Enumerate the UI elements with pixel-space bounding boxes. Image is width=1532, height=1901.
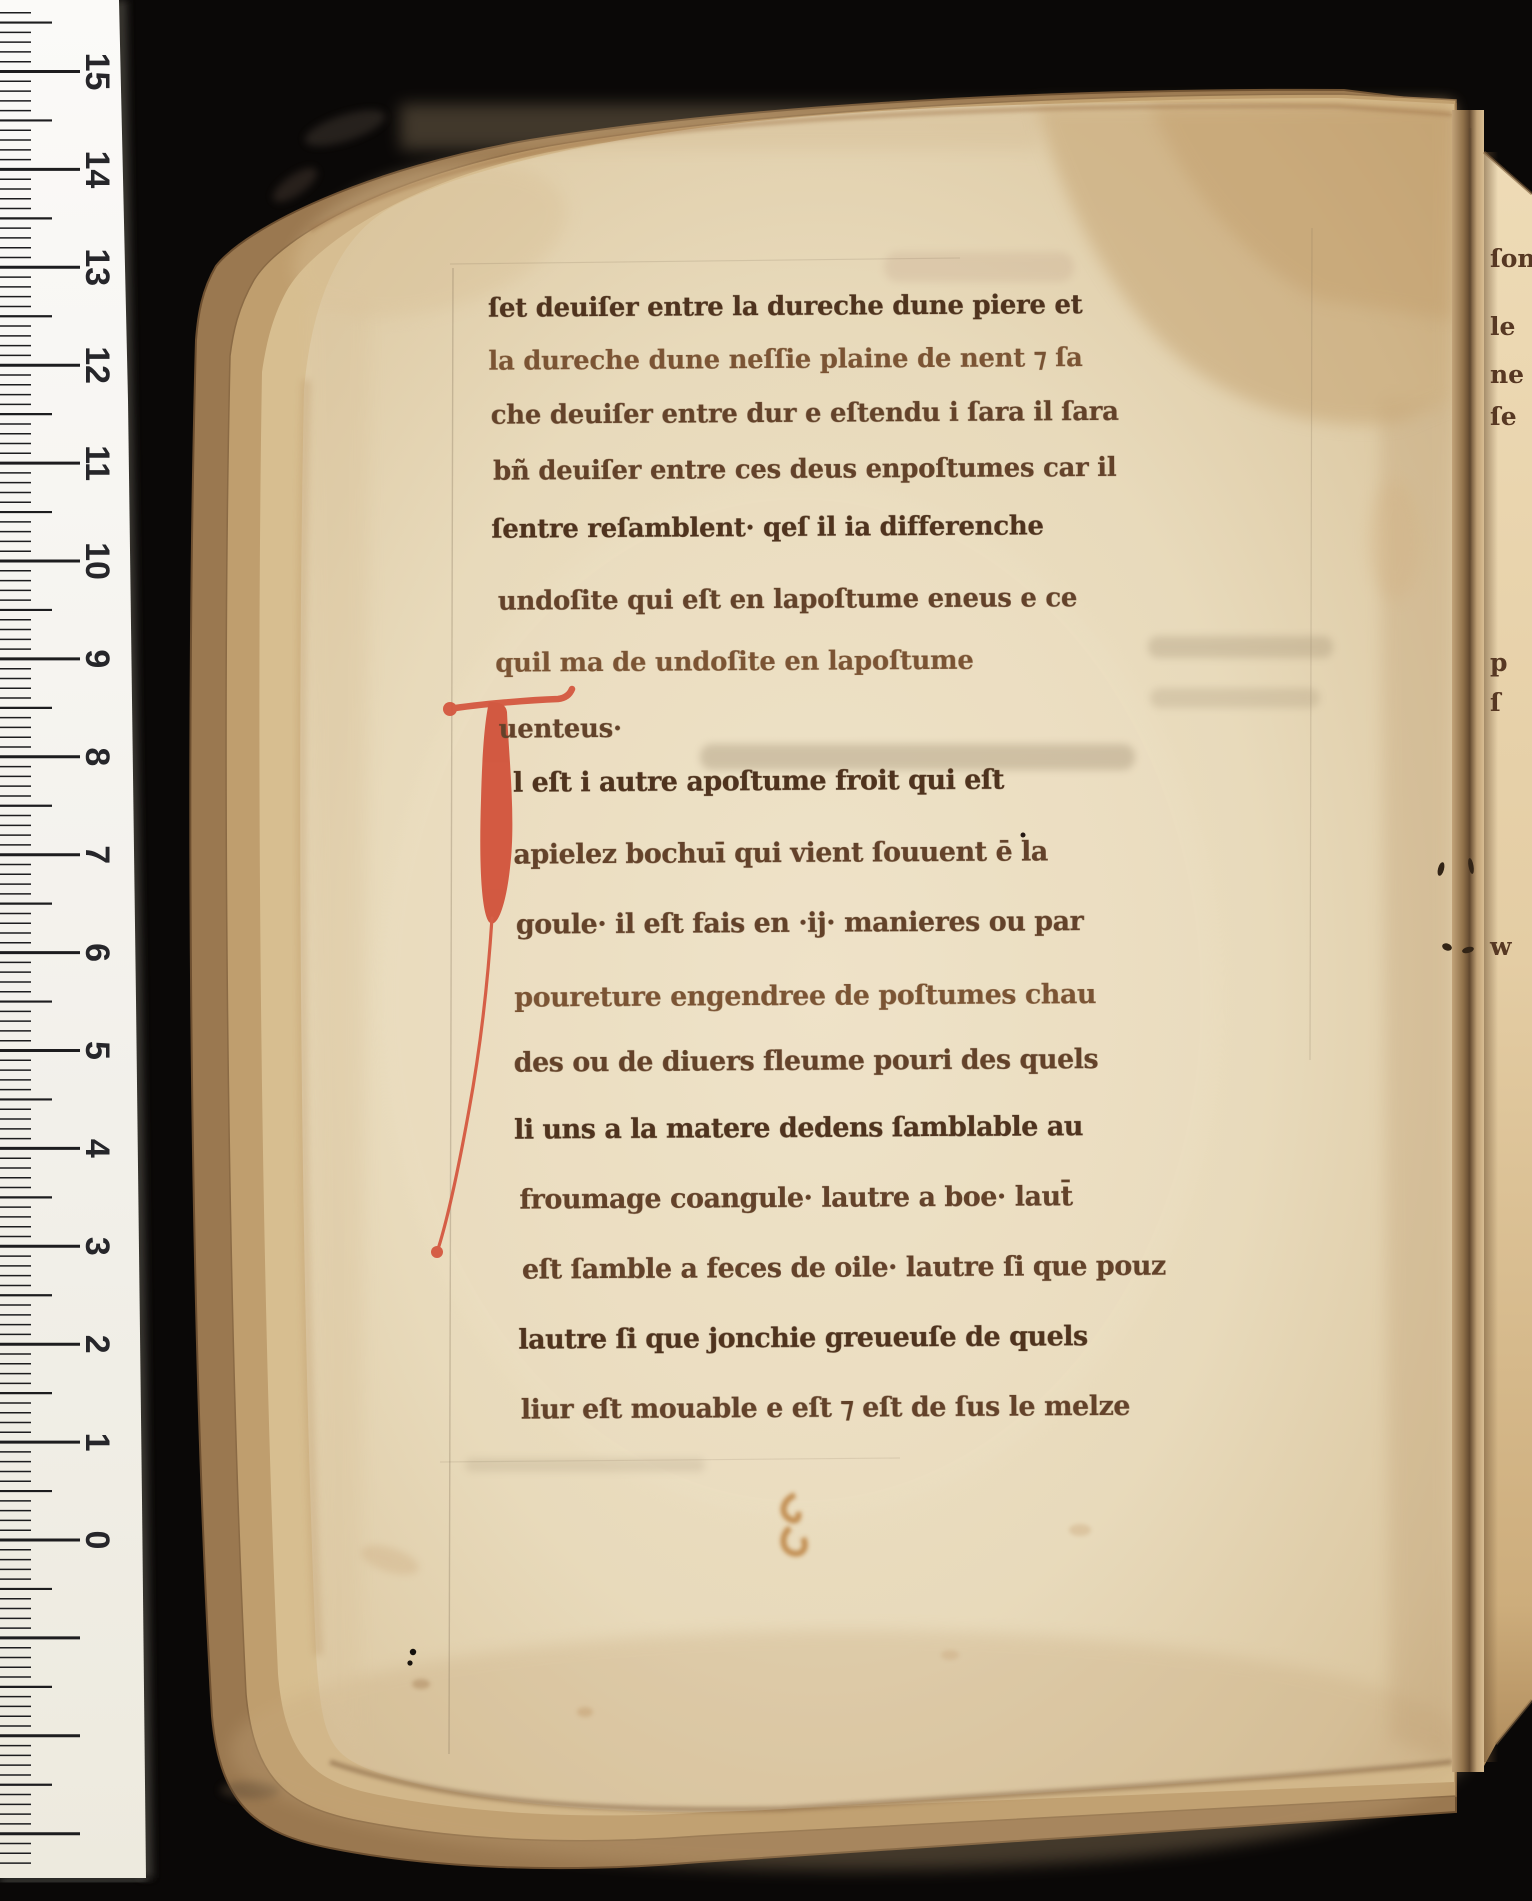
text-fragment: p	[1490, 648, 1507, 677]
ruler-number: 3	[78, 1237, 116, 1256]
ruler-number: 6	[78, 943, 116, 962]
ruler-number: 5	[78, 1041, 116, 1060]
ruler-number: 15	[78, 53, 116, 91]
text-fragment: ſon	[1490, 244, 1532, 273]
main-leaf	[230, 103, 1470, 1870]
text-fragment: ne	[1490, 360, 1524, 389]
text-fragment: le	[1490, 312, 1515, 341]
text-fragment: ſ	[1490, 688, 1501, 717]
ruler-number: 9	[78, 649, 116, 668]
text-fragment: ſe	[1490, 402, 1517, 431]
ruler-number: 12	[78, 346, 116, 384]
ruler-number: 8	[78, 747, 116, 766]
ruler-number: 2	[78, 1335, 116, 1354]
ruler-number: 0	[78, 1531, 116, 1550]
ruler-number: 4	[78, 1139, 116, 1158]
ruler-number: 10	[78, 542, 116, 580]
ruler-body	[0, 0, 146, 1878]
text-fragment: w	[1490, 932, 1512, 961]
manuscript-photograph: 0123456789101112131415 (function(){ var …	[0, 0, 1532, 1901]
ruler-number: 13	[78, 248, 116, 286]
facing-page-text: ſon le ne ſe p ſ w	[1484, 140, 1532, 1760]
book-artwork: 0123456789101112131415	[0, 0, 1532, 1901]
ruler-number: 11	[78, 445, 116, 481]
ruler: 0123456789101112131415	[0, 0, 146, 1881]
ruler-number: 1	[78, 1433, 116, 1452]
ruler-number: 14	[78, 150, 116, 188]
ruler-number: 7	[78, 845, 116, 864]
